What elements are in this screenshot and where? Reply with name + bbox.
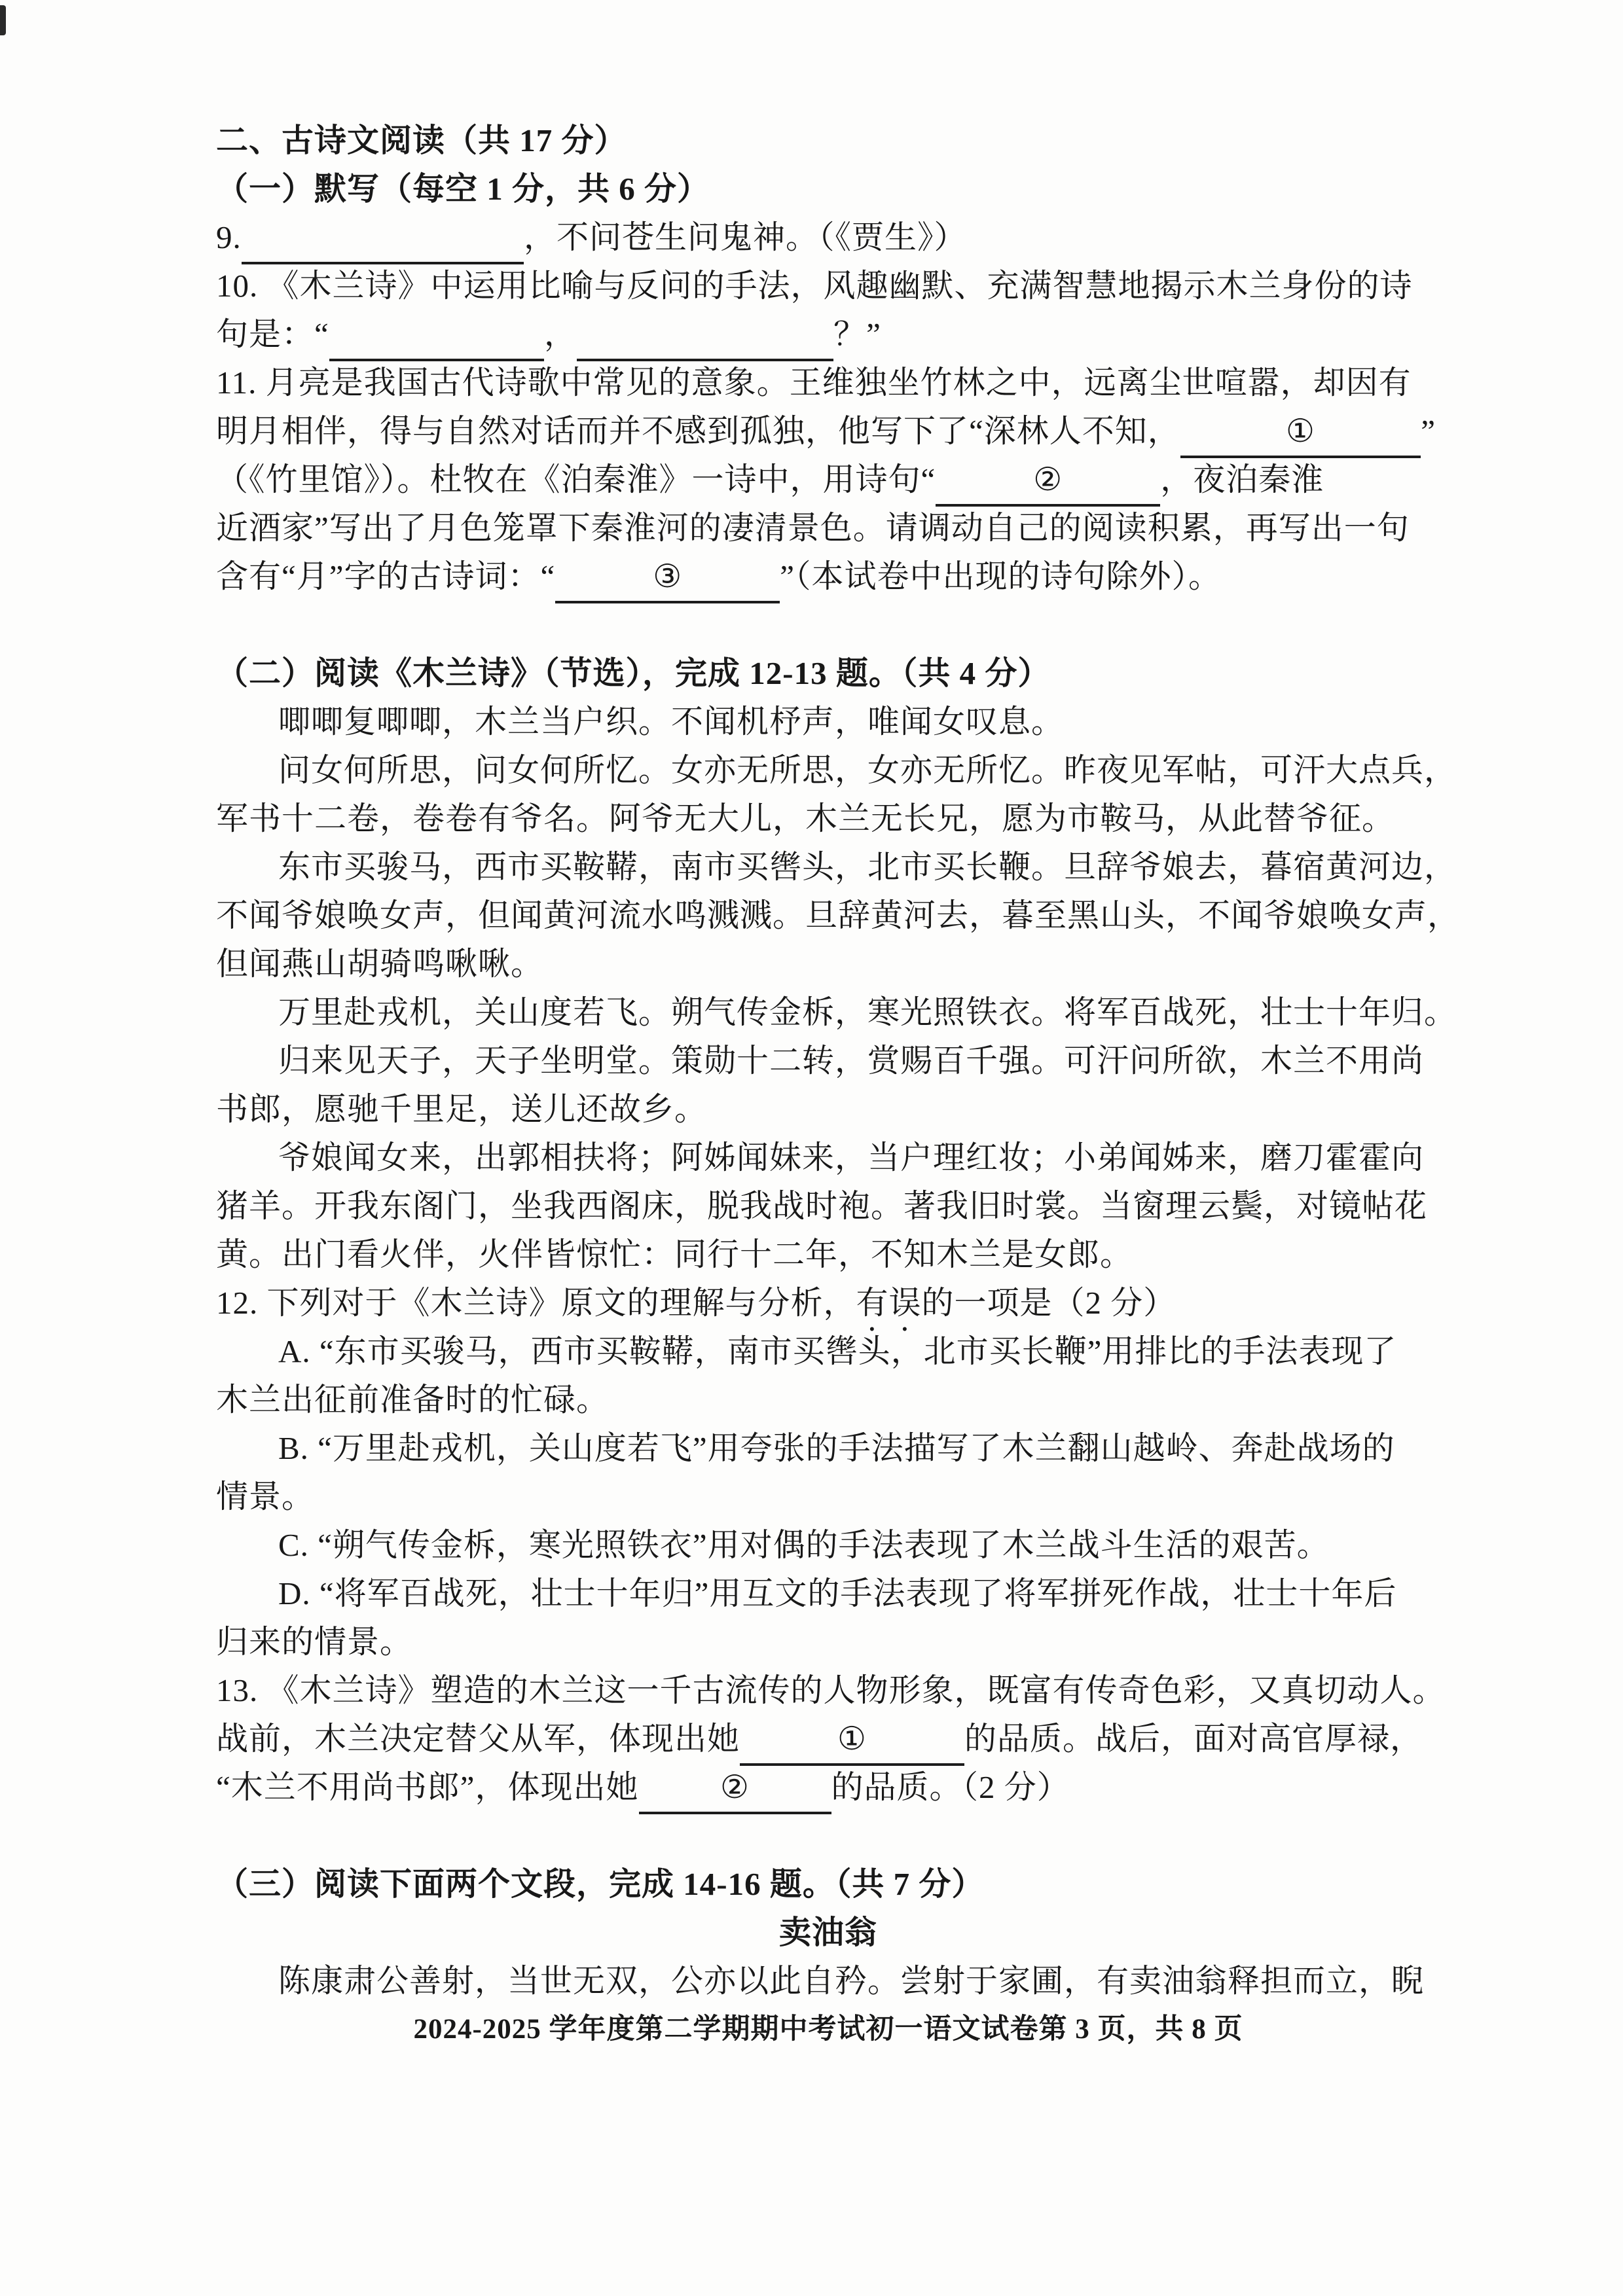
answer-blank-underline: ① xyxy=(1180,407,1421,458)
question-11-line-1: 11. 月亮是我国古代诗歌中常见的意象。王维独坐竹林之中，远离尘世喧嚣，却因有 xyxy=(216,359,1440,407)
question-10-line-2: 句是：“ ， ？” xyxy=(216,310,1440,359)
question-10-line-1: 10. 《木兰诗》中运用比喻与反问的手法，风趣幽默、充满智慧地揭示木兰身份的诗 xyxy=(216,262,1440,310)
spacer xyxy=(216,1812,1440,1860)
answer-blank-underline: ① xyxy=(740,1715,964,1766)
poem-line: 书郎，愿驰千里足，送儿还故乡。 xyxy=(216,1085,1440,1134)
option-c-line: C. “朔气传金柝，寒光照铁衣”用对偶的手法表现了木兰战斗生活的艰苦。 xyxy=(216,1521,1440,1570)
question-11-line-5: 含有“月”字的古诗词：“③”（本试卷中出现的诗句除外）。 xyxy=(216,552,1440,601)
document-lines: 二、古诗文阅读（共 17 分）（一）默写（每空 1 分，共 6 分）9. ，不问… xyxy=(216,117,1440,2005)
scan-artifact-mark xyxy=(0,5,6,35)
poem-line: 爷娘闻女来，出郭相扶将；阿姊闻妹来，当户理红妆；小弟闻姊来，磨刀霍霍向 xyxy=(216,1134,1440,1182)
spacer xyxy=(216,601,1440,649)
poem-line: 不闻爷娘唤女声，但闻黄河流水鸣溅溅。旦辞黄河去，暮至黑山头，不闻爷娘唤女声， xyxy=(216,891,1440,940)
question-13-line-3: “木兰不用尚书郎”，体现出她②的品质。（2 分） xyxy=(216,1763,1440,1812)
subsection-1-heading: （一）默写（每空 1 分，共 6 分） xyxy=(216,165,1440,213)
poem-line: 东市买骏马，西市买鞍鞯，南市买辔头，北市买长鞭。旦辞爷娘去，暮宿黄河边， xyxy=(216,843,1440,891)
option-d-line-1: D. “将军百战死，壮士十年归”用互文的手法表现了将军拼死作战，壮士十年后 xyxy=(216,1570,1440,1618)
poem-line: 问女何所思，问女何所忆。女亦无所思，女亦无所忆。昨夜见军帖，可汗大点兵， xyxy=(216,746,1440,795)
question-9: 9. ，不问苍生问鬼神。（《贾生》） xyxy=(216,213,1440,262)
question-11-line-4: 近酒家”写出了月色笼罩下秦淮河的凄清景色。请调动自己的阅读积累，再写出一句 xyxy=(216,504,1440,552)
poem-line: 归来见天子，天子坐明堂。策勋十二转，赏赐百千强。可汗问所欲，木兰不用尚 xyxy=(216,1037,1440,1085)
scanned-exam-page: 二、古诗文阅读（共 17 分）（一）默写（每空 1 分，共 6 分）9. ，不问… xyxy=(0,0,1623,2296)
question-11-line-2: 明月相伴，得与自然对话而并不感到孤独，他写下了“深林人不知，①” xyxy=(216,407,1440,456)
answer-blank-underline xyxy=(329,310,544,361)
answer-blank-underline: ② xyxy=(936,456,1160,507)
answer-blank-underline: ② xyxy=(639,1763,831,1814)
option-d-line-2: 归来的情景。 xyxy=(216,1618,1440,1666)
answer-blank-underline xyxy=(242,213,524,264)
question-13-line-1: 13. 《木兰诗》塑造的木兰这一千古流传的人物形象，既富有传奇色彩，又真切动人。 xyxy=(216,1666,1440,1715)
passage-line: 陈康肃公善射，当世无双，公亦以此自矜。尝射于家圃，有卖油翁释担而立，睨 xyxy=(216,1957,1440,2005)
option-a-line-2: 木兰出征前准备时的忙碌。 xyxy=(216,1376,1440,1424)
question-11-line-3: （《竹里馆》）。杜牧在《泊秦淮》一诗中，用诗句“②，夜泊秦淮 xyxy=(216,456,1440,504)
option-b-line-1: B. “万里赴戎机，关山度若飞”用夸张的手法描写了木兰翻山越岭、奔赴战场的 xyxy=(216,1424,1440,1473)
section-2-heading: 二、古诗文阅读（共 17 分） xyxy=(216,117,1440,165)
poem-line: 但闻燕山胡骑鸣啾啾。 xyxy=(216,940,1440,988)
poem-line: 军书十二卷，卷卷有爷名。阿爷无大儿，木兰无长兄，愿为市鞍马，从此替爷征。 xyxy=(216,795,1440,843)
answer-blank-underline: ③ xyxy=(555,552,780,603)
option-b-line-2: 情景。 xyxy=(216,1473,1440,1521)
poem-line: 猪羊。开我东阁门，坐我西阁床，脱我战时袍。著我旧时裳。当窗理云鬓，对镜帖花 xyxy=(216,1182,1440,1230)
poem-line: 黄。出门看火伴，火伴皆惊忙：同行十二年，不知木兰是女郎。 xyxy=(216,1230,1440,1279)
poem-line: 万里赴戎机，关山度若飞。朔气传金柝，寒光照铁衣。将军百战死，壮士十年归。 xyxy=(216,988,1440,1037)
answer-blank-underline xyxy=(577,310,833,361)
question-13-line-2: 战前，木兰决定替父从军，体现出她①的品质。战后，面对高官厚禄， xyxy=(216,1715,1440,1763)
subsection-3-heading: （三）阅读下面两个文段，完成 14-16 题。（共 7 分） xyxy=(216,1860,1440,1909)
emphasis-dots-text: 有误 xyxy=(856,1285,922,1321)
question-12: 12. 下列对于《木兰诗》原文的理解与分析，有误的一项是（2 分） xyxy=(216,1279,1440,1327)
option-a-line-1: A. “东市买骏马，西市买鞍鞯，南市买辔头，北市买长鞭”用排比的手法表现了 xyxy=(216,1327,1440,1376)
passage-title: 卖油翁 xyxy=(216,1909,1440,1957)
page-footer: 2024-2025 学年度第二学期期中考试初一语文试卷第 3 页，共 8 页 xyxy=(216,2005,1440,2054)
poem-line: 唧唧复唧唧，木兰当户织。不闻机杼声，唯闻女叹息。 xyxy=(216,698,1440,746)
exam-content: 二、古诗文阅读（共 17 分）（一）默写（每空 1 分，共 6 分）9. ，不问… xyxy=(216,117,1440,2054)
subsection-2-heading: （二）阅读《木兰诗》（节选），完成 12-13 题。（共 4 分） xyxy=(216,649,1440,698)
